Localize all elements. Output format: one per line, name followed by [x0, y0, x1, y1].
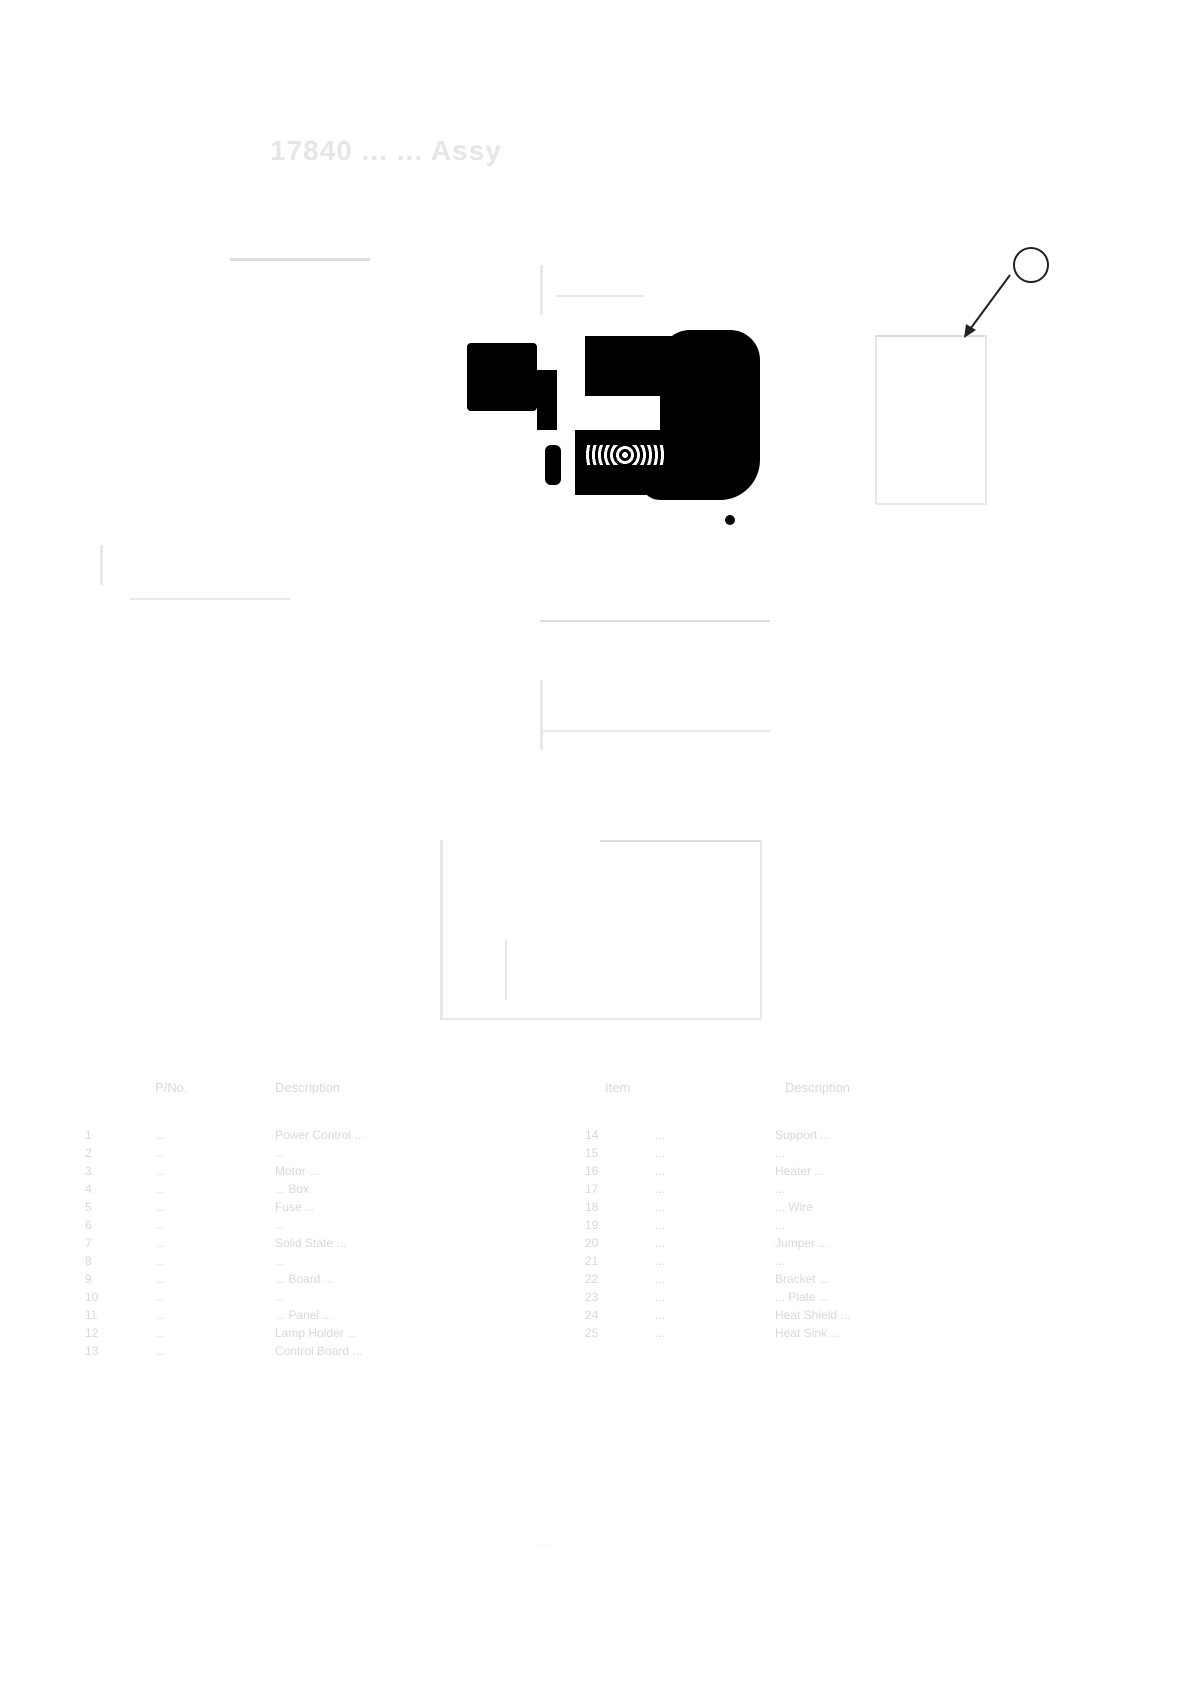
cell-desc: Power Control ...: [275, 1128, 364, 1142]
table-row: 9...... Board ...: [85, 1272, 545, 1290]
cell-desc: ...: [775, 1218, 785, 1232]
cell-desc: ...: [275, 1290, 285, 1304]
cell-pno: ...: [655, 1200, 665, 1214]
cell-item: 11: [85, 1308, 97, 1322]
table-row: 6......: [85, 1218, 545, 1236]
cell-pno: ...: [155, 1200, 165, 1214]
cell-pno: ...: [155, 1182, 165, 1196]
table-row: 3...Motor ...: [85, 1164, 545, 1182]
cell-desc: ... Panel ...: [275, 1308, 332, 1322]
cell-desc: ...: [275, 1218, 285, 1232]
cell-item: 18: [585, 1200, 598, 1214]
table-row: 19......: [585, 1218, 1045, 1236]
cell-item: 20: [585, 1236, 598, 1250]
cell-pno: ...: [655, 1128, 665, 1142]
cell-item: 3: [85, 1164, 92, 1178]
cell-item: 7: [85, 1236, 92, 1250]
cell-desc: ... Wire: [775, 1200, 813, 1214]
cell-desc: ...: [775, 1254, 785, 1268]
table-row: 21......: [585, 1254, 1045, 1272]
table-row: 14...Support ...: [585, 1128, 1045, 1146]
cell-item: 5: [85, 1200, 92, 1214]
cell-pno: ...: [155, 1128, 165, 1142]
table-row: 24...Heat Shield ...: [585, 1308, 1045, 1326]
table-row: 18...... Wire: [585, 1200, 1045, 1218]
cell-item: 2: [85, 1146, 92, 1160]
cell-item: 12: [85, 1326, 98, 1340]
cell-item: 15: [585, 1146, 598, 1160]
cell-desc: Control Board ...: [275, 1344, 362, 1358]
cell-desc: Lamp Holder ...: [275, 1326, 357, 1340]
table-row: 4...... Box: [85, 1182, 545, 1200]
cell-desc: Motor ...: [275, 1164, 319, 1178]
table-row: 15......: [585, 1146, 1045, 1164]
cell-item: 25: [585, 1326, 598, 1340]
document-title: 17840 ... ... Assy: [270, 135, 502, 167]
table-row: 23...... Plate ...: [585, 1290, 1045, 1308]
cell-pno: ...: [155, 1272, 165, 1286]
cell-item: 6: [85, 1218, 92, 1232]
table-row: 11...... Panel ...: [85, 1308, 545, 1326]
cell-item: 16: [585, 1164, 598, 1178]
cell-pno: ...: [155, 1236, 165, 1250]
cell-item: 22: [585, 1272, 598, 1286]
cell-pno: ...: [655, 1308, 665, 1322]
cell-pno: ...: [155, 1146, 165, 1160]
cell-desc: ...: [275, 1146, 285, 1160]
table-row: 12...Lamp Holder ...: [85, 1326, 545, 1344]
table-row: 8......: [85, 1254, 545, 1272]
cell-item: 21: [585, 1254, 598, 1268]
cell-pno: ...: [655, 1164, 665, 1178]
cell-pno: ...: [655, 1272, 665, 1286]
cell-item: 9: [85, 1272, 92, 1286]
table-row: 1...Power Control ...: [85, 1128, 545, 1146]
cell-desc: ...: [275, 1254, 285, 1268]
cell-pno: ...: [655, 1218, 665, 1232]
cell-pno: ...: [655, 1326, 665, 1340]
cell-desc: Solid State ...: [275, 1236, 346, 1250]
page-footer: ...: [540, 1535, 550, 1549]
table-row: 16...Heater ...: [585, 1164, 1045, 1182]
table-row: 22...Bracket ...: [585, 1272, 1045, 1290]
table-row: 13...Control Board ...: [85, 1344, 545, 1362]
cell-item: 14: [585, 1128, 598, 1142]
cell-desc: ... Board ...: [275, 1272, 334, 1286]
cell-item: 8: [85, 1254, 92, 1268]
table-row: 25...Heat Sink ...: [585, 1326, 1045, 1344]
cell-item: 13: [85, 1344, 98, 1358]
callout-arrow-icon: [960, 270, 1020, 340]
cell-pno: ...: [655, 1146, 665, 1160]
cell-pno: ...: [155, 1290, 165, 1304]
cell-pno: ...: [655, 1290, 665, 1304]
cell-pno: ...: [655, 1254, 665, 1268]
cell-item: 10: [85, 1290, 98, 1304]
cell-desc: Fuse ...: [275, 1200, 315, 1214]
parts-table-left: P/No. Description 1...Power Control ...2…: [85, 1128, 545, 1362]
cell-pno: ...: [155, 1344, 165, 1358]
cell-desc: ... Plate ...: [775, 1290, 829, 1304]
table-row: 17......: [585, 1182, 1045, 1200]
cell-desc: Jumper ...: [775, 1236, 828, 1250]
cell-pno: ...: [155, 1164, 165, 1178]
table-row: 7...Solid State ...: [85, 1236, 545, 1254]
cell-pno: ...: [155, 1218, 165, 1232]
cell-pno: ...: [155, 1254, 165, 1268]
cell-desc: Heat Sink ...: [775, 1326, 840, 1340]
parts-table-right: Item Description 14...Support ...15.....…: [585, 1128, 1045, 1344]
cell-desc: Bracket ...: [775, 1272, 829, 1286]
cell-desc: ...: [775, 1146, 785, 1160]
cell-item: 1: [85, 1128, 92, 1142]
table-row: 5...Fuse ...: [85, 1200, 545, 1218]
cell-desc: ...: [775, 1182, 785, 1196]
table-row: 2......: [85, 1146, 545, 1164]
cell-item: 23: [585, 1290, 598, 1304]
cell-pno: ...: [655, 1236, 665, 1250]
cell-desc: Heater ...: [775, 1164, 824, 1178]
cell-item: 4: [85, 1182, 92, 1196]
cell-desc: ... Box: [275, 1182, 309, 1196]
cell-item: 17: [585, 1182, 598, 1196]
cell-item: 19: [585, 1218, 598, 1232]
cell-item: 24: [585, 1308, 598, 1322]
table-row: 20...Jumper ...: [585, 1236, 1045, 1254]
cell-desc: Support ...: [775, 1128, 830, 1142]
cell-pno: ...: [155, 1308, 165, 1322]
cell-pno: ...: [655, 1182, 665, 1196]
table-row: 10......: [85, 1290, 545, 1308]
cell-desc: Heat Shield ...: [775, 1308, 850, 1322]
cell-pno: ...: [155, 1326, 165, 1340]
